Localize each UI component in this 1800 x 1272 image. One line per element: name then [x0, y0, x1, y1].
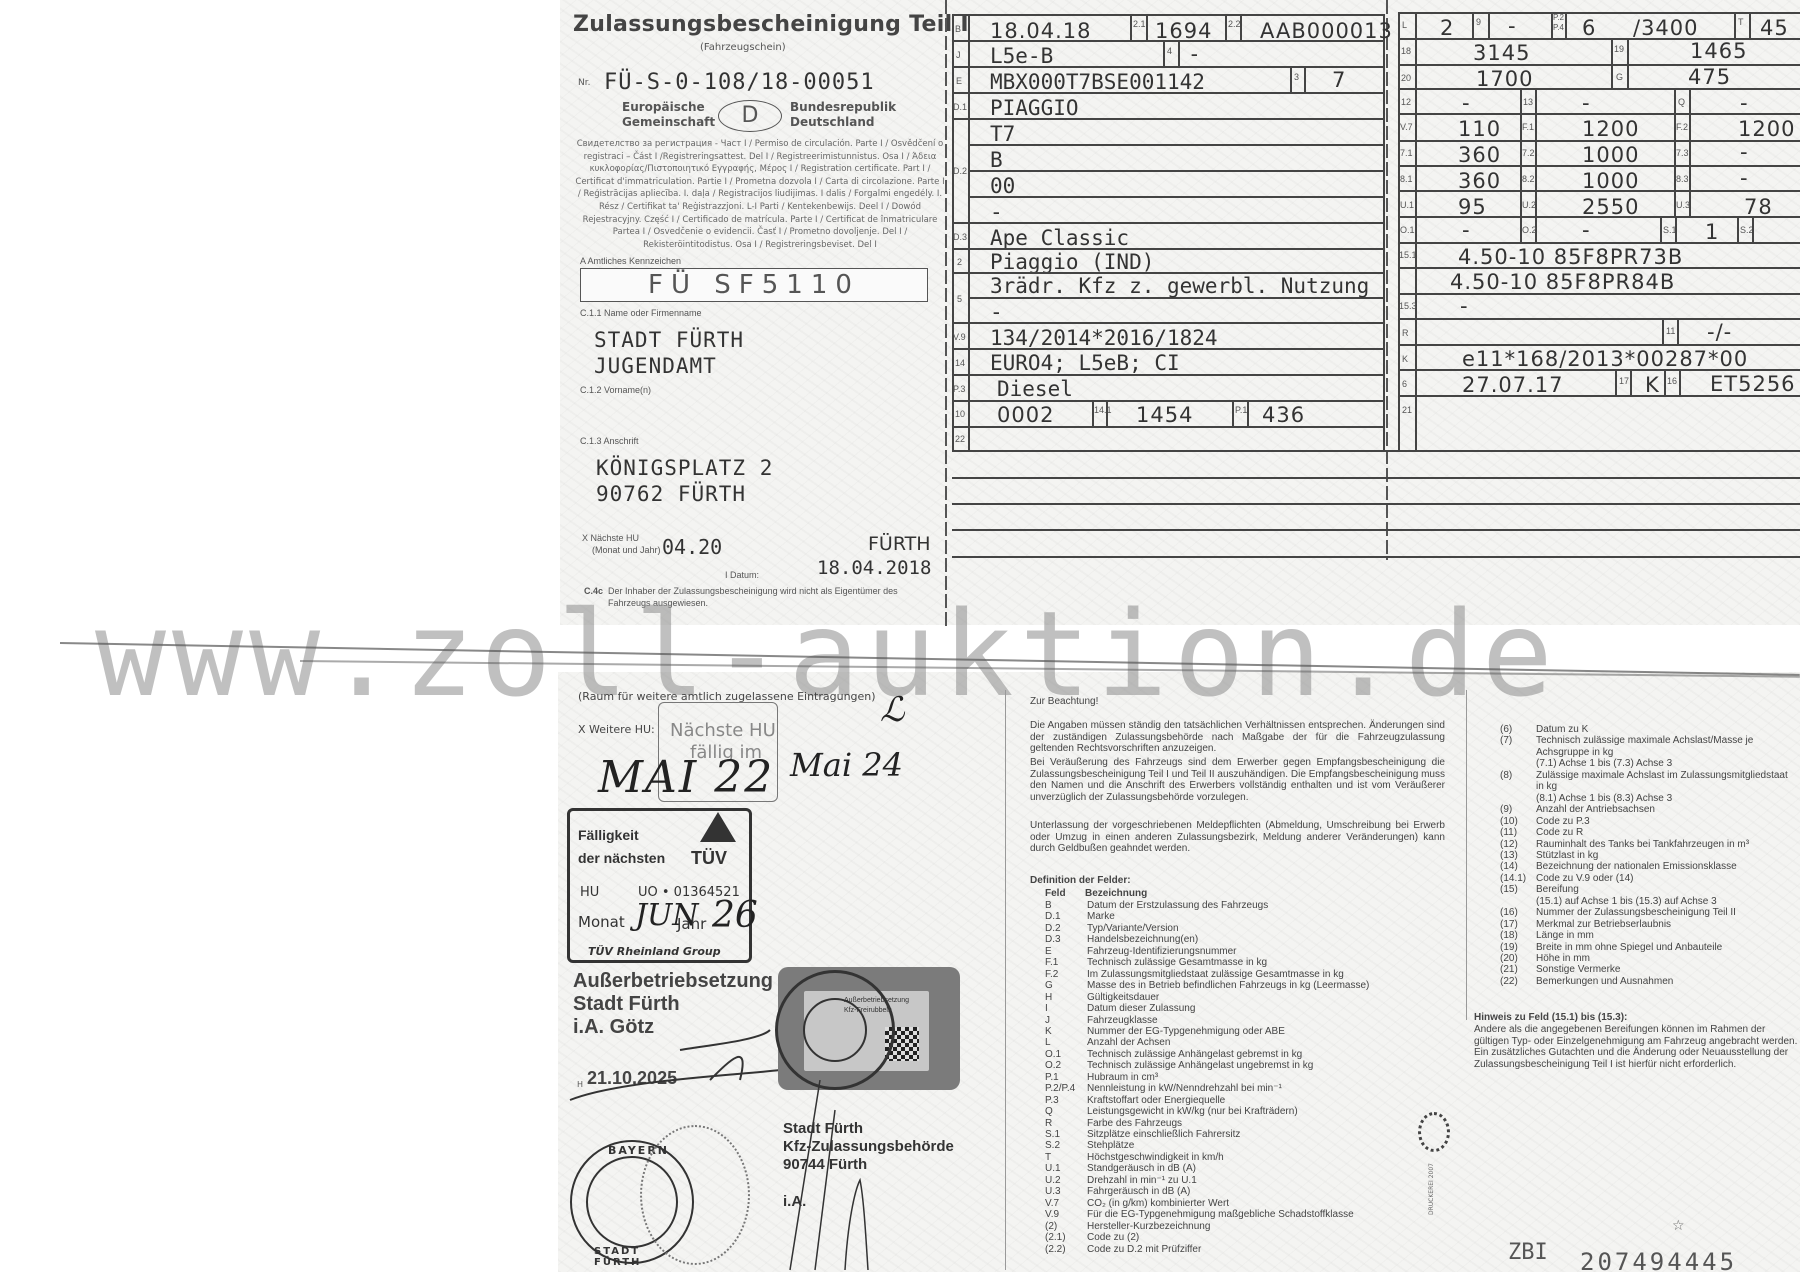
definition-field: (2.2) — [1045, 1244, 1087, 1256]
definition-field: (15) — [1500, 884, 1536, 896]
definition-field: U.2 — [1045, 1175, 1087, 1187]
divider — [1005, 690, 1006, 1270]
handwritten-hu-may22: MAI 22 — [598, 752, 774, 803]
definition-text: Gültigkeitsdauer — [1087, 992, 1159, 1003]
definitions-col-feld: Feld — [1045, 888, 1066, 900]
field-p4-label: P.4 — [1553, 23, 1564, 32]
displacement-value: 436 — [1262, 403, 1305, 427]
definition-field: (14) — [1500, 861, 1536, 873]
definition-text: Code zu (2) — [1087, 1232, 1139, 1243]
definition-field: (7) — [1500, 735, 1536, 747]
divider — [945, 0, 947, 630]
definition-field: (13) — [1500, 850, 1536, 862]
field-p2-label: P.2 — [1553, 13, 1564, 22]
field-21-label: 21 — [1402, 405, 1412, 415]
printer-mark: DRUCKEREI 2007 — [1428, 1163, 1435, 1215]
divider — [1386, 0, 1388, 560]
definition-row: (8)Zulässige maximale Achslast im Zulass… — [1500, 770, 1788, 782]
field-10-label: 10 — [955, 409, 965, 419]
definition-row: (15.1) auf Achse 1 bis (15.3) auf Achse … — [1500, 896, 1717, 908]
field-14-1-value: 1454 — [1136, 403, 1193, 427]
definition-text: Stehplätze — [1087, 1140, 1134, 1151]
tuev-hu-label: HU — [580, 885, 599, 900]
field-6-label: 6 — [1402, 379, 1407, 389]
definition-text: Handelsbezeichnung(en) — [1087, 934, 1198, 945]
field-2-label: 2 — [957, 257, 962, 267]
definition-text: Datum dieser Zulassung — [1087, 1003, 1195, 1014]
field-l-label: L — [1402, 20, 1407, 30]
field-9-value: - — [1508, 14, 1517, 38]
definition-text: Anzahl der Achsen — [1087, 1037, 1170, 1048]
definition-row: (2.2)Code zu D.2 mit Prüfziffer — [1045, 1244, 1201, 1256]
definition-row: F.1Technisch zulässige Gesamtmasse in kg — [1045, 957, 1267, 969]
definition-row: KNummer der EG-Typgenehmigung oder ABE — [1045, 1026, 1285, 1038]
definition-text: Typ/Variante/Version — [1087, 923, 1179, 934]
definition-row: O.2Technisch zulässige Anhängelast ungeb… — [1045, 1060, 1313, 1072]
country-label-line2: Deutschland — [790, 115, 875, 129]
definition-row: (14.1)Code zu V.9 oder (14) — [1500, 873, 1633, 885]
definition-field: (18) — [1500, 930, 1536, 942]
tuev-year-value: 26 — [712, 895, 758, 936]
definition-row: (2.1)Code zu (2) — [1045, 1232, 1139, 1244]
definition-text: Nummer der EG-Typgenehmigung oder ABE — [1087, 1026, 1285, 1037]
definition-row: THöchstgeschwindigkeit in km/h — [1045, 1152, 1224, 1164]
field-d2-label: D.2 — [953, 166, 967, 176]
field-3-value: 7 — [1332, 68, 1346, 92]
definition-text: Farbe des Fahrzeugs — [1087, 1118, 1182, 1129]
definition-field: O.2 — [1045, 1060, 1087, 1072]
definition-row: (7)Technisch zulässige maximale Achslast… — [1500, 735, 1753, 747]
country-code-oval: D — [718, 100, 782, 132]
field-d1-label: D.1 — [953, 102, 967, 112]
tuev-group: TÜV Rheinland Group — [588, 945, 721, 958]
definition-field: (2.1) — [1045, 1232, 1087, 1244]
definition-field: T — [1045, 1152, 1087, 1164]
country-label-line1: Bundesrepublik — [790, 100, 896, 114]
definition-text: Code zu R — [1536, 827, 1583, 838]
definition-row: (7.1) Achse 1 bis (7.3) Achse 3 — [1500, 758, 1672, 770]
definition-field: (16) — [1500, 907, 1536, 919]
handwritten-initials: ℒ — [880, 690, 905, 730]
definition-row: (8.1) Achse 1 bis (8.3) Achse 3 — [1500, 793, 1672, 805]
definitions-heading: Definition der Felder: — [1030, 875, 1131, 887]
definition-row: (16)Nummer der Zulassungsbescheinigung T… — [1500, 907, 1736, 919]
hu-label: X Nächste HU — [582, 533, 639, 543]
field-8-2-label: 8.2 — [1522, 174, 1535, 184]
co2-value: 110 — [1458, 117, 1501, 141]
field-7-3-value: - — [1740, 140, 1749, 164]
definition-row: (20)Höhe in mm — [1500, 953, 1590, 965]
signature-scribble — [560, 1020, 790, 1110]
definition-text: CO₂ (in g/km) kombinierter Wert — [1087, 1198, 1229, 1209]
address-label: C.1.3 Anschrift — [580, 436, 639, 446]
definition-text: Hersteller-Kurzbezeichnung — [1087, 1221, 1210, 1232]
definition-text: (8.1) Achse 1 bis (8.3) Achse 3 — [1536, 793, 1672, 804]
definition-text: Code zu V.9 oder (14) — [1536, 873, 1633, 884]
license-plate: FÜ SF5110 — [580, 268, 928, 302]
definition-row: (10)Code zu P.3 — [1500, 816, 1590, 828]
definition-text: Stützlast in kg — [1536, 850, 1598, 861]
definition-text: Marke — [1087, 911, 1115, 922]
trade-name-value: Ape Classic — [990, 226, 1129, 250]
tyres-axle2-value: 4.50-10 85F8PR84B — [1450, 270, 1675, 294]
gross-mass-value: 1200 — [1582, 117, 1639, 141]
empty-mass-value: 475 — [1688, 65, 1731, 89]
definition-text: Bereifung — [1536, 884, 1579, 895]
definition-row: GMasse des in Betrieb befindlichen Fahrz… — [1045, 980, 1369, 992]
tyres-axle3-value: - — [1460, 294, 1469, 318]
zbi-number: 207494445 — [1580, 1248, 1737, 1272]
part2-number-value: ET5256 — [1710, 372, 1796, 396]
definition-field: F.1 — [1045, 957, 1087, 969]
field-7-2-label: 7.2 — [1522, 148, 1535, 158]
approval-date-value: 27.07.17 — [1462, 373, 1564, 397]
definition-text: Fahrzeug-Identifizierungsnummer — [1087, 946, 1237, 957]
definition-row: RFarbe des Fahrzeugs — [1045, 1118, 1182, 1130]
definition-text: Merkmal zur Betriebserlaubnis — [1536, 919, 1671, 930]
date-label: I Datum: — [725, 570, 759, 580]
field-7-2-value: 1000 — [1582, 143, 1639, 167]
holder-name-line1: STADT FÜRTH — [594, 328, 744, 352]
definition-text: Drehzahl in min⁻¹ zu U.1 — [1087, 1175, 1197, 1186]
definition-row: LAnzahl der Achsen — [1045, 1037, 1170, 1049]
definition-text: in kg — [1536, 781, 1557, 792]
definition-field: (12) — [1500, 839, 1536, 851]
definition-row: (2)Hersteller-Kurzbezeichnung — [1045, 1221, 1210, 1233]
definition-field: (19) — [1500, 942, 1536, 954]
notes-paragraph-2: Bei Veräußerung des Fahrzeugs sind dem E… — [1030, 757, 1445, 803]
nr-label: Nr. — [578, 78, 590, 88]
field-8-3-value: - — [1740, 166, 1749, 190]
definition-text: (15.1) auf Achse 1 bis (15.3) auf Achse … — [1536, 896, 1717, 907]
field-b-label: B — [955, 24, 961, 34]
field-4-label: 4 — [1167, 46, 1172, 56]
definition-row: D.3Handelsbezeichnung(en) — [1045, 934, 1198, 946]
definition-field: Q — [1045, 1106, 1087, 1118]
field-12-label: 12 — [1401, 97, 1411, 107]
make-value: PIAGGIO — [990, 96, 1079, 120]
definition-text: Technisch zulässige Anhängelast gebremst… — [1087, 1049, 1302, 1060]
field-2-2-label: 2.2 — [1228, 19, 1241, 29]
definition-row: (15)Bereifung — [1500, 884, 1579, 896]
definition-text: Anzahl der Antriebsachsen — [1536, 804, 1655, 815]
field-u1-label: U.1 — [1400, 200, 1414, 210]
definition-text: Leistungsgewicht in kW/kg (nur bei Kraft… — [1087, 1106, 1298, 1117]
notes-paragraph-1: Die Angaben müssen ständig den tatsächli… — [1030, 720, 1445, 755]
definition-text: Code zu D.2 mit Prüfziffer — [1087, 1244, 1201, 1255]
tuev-line2: der nächsten — [578, 850, 665, 866]
definition-field: O.1 — [1045, 1049, 1087, 1061]
vehicle-class-value-2: - — [990, 300, 1003, 324]
hinweis-text: Andere als die angegebenen Bereifungen k… — [1474, 1024, 1800, 1070]
definition-text: Bemerkungen und Ausnahmen — [1536, 976, 1673, 987]
handwritten-hu-mai24: Mai 24 — [790, 746, 903, 784]
field-11-label: 11 — [1666, 326, 1675, 336]
definition-field: (11) — [1500, 827, 1536, 839]
field-v9-label: V.9 — [953, 332, 966, 342]
field-9-label: 9 — [1476, 17, 1481, 27]
definition-row: P.3Kraftstoffart oder Energiequelle — [1045, 1095, 1225, 1107]
definition-row: EFahrzeug-Identifizierungsnummer — [1045, 946, 1237, 958]
deregistration-line2: Stadt Fürth — [573, 993, 773, 1016]
field-12-value: - — [1462, 91, 1471, 115]
definition-text: Kraftstoffart oder Energiequelle — [1087, 1095, 1225, 1106]
definition-row: JFahrzeugklasse — [1045, 1015, 1158, 1027]
definition-text: Achsgruppe in kg — [1536, 747, 1613, 758]
permissible-mass-value: 1200 — [1738, 117, 1795, 141]
field-8-1-label: 8.1 — [1400, 174, 1413, 184]
hinweis-heading: Hinweis zu Feld (15.1) bis (15.3): — [1474, 1012, 1627, 1024]
notes-paragraph-3: Unterlassung der vorgeschriebenen Meldep… — [1030, 820, 1445, 855]
tuev-triangle-icon — [700, 812, 736, 842]
holder-name-line2: JUGENDAMT — [594, 354, 717, 378]
further-hu-label: X Weitere HU: — [578, 723, 655, 736]
definition-field: (17) — [1500, 919, 1536, 931]
divider — [1466, 690, 1467, 1020]
document-subtitle: (Fahrzeugschein) — [700, 42, 786, 53]
field-p3-label: P.3 — [953, 384, 965, 394]
type-value: T7 — [990, 122, 1015, 146]
definition-row: D.1Marke — [1045, 911, 1115, 923]
definition-field: B — [1045, 900, 1087, 912]
operating-permit-value: K — [1645, 373, 1660, 397]
power-value: 6 — [1582, 16, 1596, 40]
field-18-label: 18 — [1401, 46, 1411, 56]
office-signature — [760, 1080, 880, 1272]
seal-dotted-ring — [640, 1125, 750, 1265]
definition-text: Sonstige Vermerke — [1536, 964, 1621, 975]
definition-text: Zulässige maximale Achslast im Zulassung… — [1536, 770, 1788, 781]
field-7-1-label: 7.1 — [1400, 148, 1413, 158]
issue-date: 18.04.2018 — [817, 557, 931, 579]
definition-text: (7.1) Achse 1 bis (7.3) Achse 3 — [1536, 758, 1672, 769]
tuev-line1: Fälligkeit — [578, 827, 639, 843]
definition-field: (8) — [1500, 770, 1536, 782]
definition-field: J — [1045, 1015, 1087, 1027]
definition-row: BDatum der Erstzulassung des Fahrzeugs — [1045, 900, 1268, 912]
field-u3-label: U.3 — [1676, 200, 1690, 210]
definition-row: U.1Standgeräusch in dB (A) — [1045, 1163, 1196, 1175]
definition-field: L — [1045, 1037, 1087, 1049]
definition-text: Standgeräusch in dB (A) — [1087, 1163, 1196, 1174]
definition-row: (22)Bemerkungen und Ausnahmen — [1500, 976, 1673, 988]
definition-row: (12)Rauminhalt des Tanks bei Tankfahrzeu… — [1500, 839, 1749, 851]
definition-field: U.1 — [1045, 1163, 1087, 1175]
address-line2: 90762 FÜRTH — [596, 482, 746, 506]
length-value: 3145 — [1473, 41, 1530, 65]
definition-text: Fahrzeugklasse — [1087, 1015, 1158, 1026]
definition-text: Rauminhalt des Tanks bei Tankfahrzeugen … — [1536, 839, 1749, 850]
name-label: C.1.1 Name oder Firmenname — [580, 308, 702, 318]
field-3-label: 3 — [1294, 72, 1299, 82]
document-title: Zulassungsbescheinigung Teil I — [573, 12, 969, 37]
field-14-label: 14 — [955, 358, 965, 368]
field-5-label: 5 — [957, 294, 962, 304]
tuev-year-label: Jahr — [677, 915, 706, 933]
field-r-label: R — [1402, 328, 1409, 338]
zbi-label: ZBI — [1508, 1240, 1548, 1265]
definition-text: Datum zu K — [1536, 724, 1588, 735]
color-code-value: -/- — [1707, 320, 1732, 344]
definition-row: V.7CO₂ (in g/km) kombinierter Wert — [1045, 1198, 1229, 1210]
field-17-label: 17 — [1619, 376, 1629, 386]
definition-field: (21) — [1500, 964, 1536, 976]
definition-row: D.2Typ/Variante/Version — [1045, 923, 1179, 935]
field-o1-value: - — [1462, 218, 1471, 242]
definition-row: in kg — [1500, 781, 1557, 793]
vehicle-class-value: 3rädr. Kfz z. gewerbl. Nutzung — [990, 274, 1369, 298]
definition-text: Technisch zulässige maximale Achslast/Ma… — [1536, 735, 1753, 746]
definition-row: V.9Für die EG-Typgenehmigung maßgebliche… — [1045, 1209, 1354, 1221]
tyres-axle1-value: 4.50-10 85F8PR73B — [1458, 245, 1683, 269]
definition-field: R — [1045, 1118, 1087, 1130]
field-7-3-label: 7.3 — [1676, 148, 1689, 158]
definition-field: F.2 — [1045, 969, 1087, 981]
definition-field: (6) — [1500, 724, 1536, 736]
definition-row: S.1Sitzplätze einschließlich Fahrersitz — [1045, 1129, 1240, 1141]
definition-field: (20) — [1500, 953, 1536, 965]
definition-row: IDatum dieser Zulassung — [1045, 1003, 1195, 1015]
field-q-label: Q — [1678, 97, 1685, 107]
field-2-1-label: 2.1 — [1133, 19, 1146, 29]
field-k-label: K — [1402, 354, 1408, 364]
field-13-label: 13 — [1523, 97, 1533, 107]
max-speed-value: 45 — [1760, 16, 1789, 40]
definition-text: Breite in mm ohne Spiegel und Anbauteile — [1536, 942, 1722, 953]
field-t-label: T — [1738, 17, 1744, 27]
field-8-3-label: 8.3 — [1676, 174, 1689, 184]
definition-text: Code zu P.3 — [1536, 816, 1590, 827]
definition-text: Sitzplätze einschließlich Fahrersitz — [1087, 1129, 1240, 1140]
field-o2-label: O.2 — [1522, 225, 1537, 235]
definition-text: Nennleistung in kW/Nenndrehzahl bei min⁻… — [1087, 1083, 1282, 1094]
definition-field: G — [1045, 980, 1087, 992]
rosette-emblem — [1418, 1112, 1450, 1152]
definition-text: Hubraum in cm³ — [1087, 1072, 1158, 1083]
field-j-value: L5e-B — [990, 44, 1053, 68]
definition-row: U.3Fahrgeräusch in dB (A) — [1045, 1186, 1190, 1198]
plate-label: A Amtliches Kennzeichen — [580, 256, 681, 266]
firstname-label: C.1.2 Vorname(n) — [580, 385, 651, 395]
field-f2-label: F.2 — [1676, 122, 1688, 132]
field-4-value: - — [1188, 42, 1201, 66]
type-approval-value: e11*168/2013*00287*00 — [1462, 347, 1748, 371]
definition-row: (17)Merkmal zur Betriebserlaubnis — [1500, 919, 1671, 931]
definition-field: E — [1045, 946, 1087, 958]
definition-row: S.2Stehplätze — [1045, 1140, 1134, 1152]
field-15-1-label: 15.1 — [1399, 250, 1417, 260]
definition-field: (9) — [1500, 804, 1536, 816]
field-14-1-label: 14.1 — [1094, 405, 1112, 415]
definition-text: Masse des in Betrieb befindlichen Fahrze… — [1087, 980, 1369, 991]
definition-text: Für die EG-Typgenehmigung maßgebliche Sc… — [1087, 1209, 1354, 1220]
hu-label-sub: (Monat und Jahr) — [592, 545, 661, 555]
deregistration-line1: Außerbetriebsetzung — [573, 970, 773, 993]
definition-text: Technisch zulässige Anhängelast ungebrem… — [1087, 1060, 1313, 1071]
definition-row: U.2Drehzahl in min⁻¹ zu U.1 — [1045, 1175, 1197, 1187]
field-10-value: 0002 — [997, 403, 1054, 427]
definition-row: O.1Technisch zulässige Anhängelast gebre… — [1045, 1049, 1302, 1061]
field-o1-label: O.1 — [1400, 225, 1415, 235]
definition-field: D.3 — [1045, 934, 1087, 946]
definition-field: K — [1045, 1026, 1087, 1038]
address-line1: KÖNIGSPLATZ 2 — [596, 456, 773, 480]
definition-field: U.3 — [1045, 1186, 1087, 1198]
definition-field: P.2/P.4 — [1045, 1083, 1087, 1095]
fuel-value: Diesel — [997, 377, 1073, 401]
definition-field: P.3 — [1045, 1095, 1087, 1107]
field-u2-label: U.2 — [1522, 200, 1536, 210]
notes-heading: Zur Beachtung! — [1030, 696, 1098, 708]
multilingual-title-text: Свидетелство за регистрация - Част I / P… — [575, 138, 945, 251]
field-g-label: G — [1616, 72, 1623, 82]
definition-field: (2) — [1045, 1221, 1087, 1233]
field-15-3-label: 15.3 — [1399, 301, 1417, 311]
definition-field: V.7 — [1045, 1198, 1087, 1210]
definition-row: (14)Bezeichnung der nationalen Emissions… — [1500, 861, 1737, 873]
definitions-col-bez: Bezeichnung — [1085, 888, 1147, 900]
definition-text: Im Zulassungsmitgliedstaat zulässige Ges… — [1087, 969, 1344, 980]
field-d3-label: D.3 — [953, 232, 967, 242]
definition-field: D.2 — [1045, 923, 1087, 935]
field-e-label: E — [956, 76, 962, 86]
eu-label-line1: Europäische — [622, 100, 705, 114]
field-o2-value: - — [1582, 218, 1591, 242]
definition-text: Höhe in mm — [1536, 953, 1590, 964]
definition-field: (14.1) — [1500, 873, 1536, 885]
document-number: FÜ-S-0-108/18-00051 — [604, 70, 875, 95]
definition-row: (11)Code zu R — [1500, 827, 1583, 839]
city-seal-stamp — [775, 970, 895, 1090]
field-7-1-value: 360 — [1458, 143, 1501, 167]
axles-value: 2 — [1440, 16, 1454, 40]
national-emission-value: EURO4; L5eB; CI — [990, 351, 1180, 375]
definition-row: P.2/P.4Nennleistung in kW/Nenndrehzahl b… — [1045, 1083, 1282, 1095]
width-value: 1465 — [1690, 39, 1747, 63]
issue-city: FÜRTH — [868, 533, 931, 555]
field-f1-label: F.1 — [1522, 122, 1534, 132]
definition-row: (6)Datum zu K — [1500, 724, 1588, 736]
version-extra-value: - — [990, 200, 1003, 224]
field-q-value: - — [1740, 91, 1749, 115]
seats-value: 1 — [1705, 220, 1719, 244]
definition-field: I — [1045, 1003, 1087, 1015]
definition-row: (9)Anzahl der Antriebsachsen — [1500, 804, 1655, 816]
definition-text: Technisch zulässige Gesamtmasse in kg — [1087, 957, 1267, 968]
manufacturer-value: Piaggio (IND) — [990, 250, 1154, 274]
definition-field: (22) — [1500, 976, 1536, 988]
definition-field: S.1 — [1045, 1129, 1087, 1141]
definition-row: (21)Sonstige Vermerke — [1500, 964, 1621, 976]
definition-text: Datum der Erstzulassung des Fahrzeugs — [1087, 900, 1268, 911]
tuev-month-label: Monat — [578, 913, 625, 931]
definition-row: (18)Länge in mm — [1500, 930, 1594, 942]
definition-field: D.1 — [1045, 911, 1087, 923]
definition-row: QLeistungsgewicht in kW/kg (nur bei Kraf… — [1045, 1106, 1298, 1118]
rated-speed-value: /3400 — [1633, 16, 1699, 40]
definition-text: Fahrgeräusch in dB (A) — [1087, 1186, 1190, 1197]
field-13-value: - — [1582, 91, 1591, 115]
definition-row: F.2Im Zulassungsmitgliedstaat zulässige … — [1045, 969, 1344, 981]
vin-value: MBX000T7BSE001142 — [990, 70, 1205, 94]
definition-field: (10) — [1500, 816, 1536, 828]
field-20-label: 20 — [1401, 73, 1411, 83]
definition-field: S.2 — [1045, 1140, 1087, 1152]
definition-text: Bezeichnung der nationalen Emissionsklas… — [1536, 861, 1737, 872]
definition-field: H — [1045, 992, 1087, 1004]
definition-text: Höchstgeschwindigkeit in km/h — [1087, 1152, 1224, 1163]
tuev-brand: TÜV — [691, 848, 727, 869]
